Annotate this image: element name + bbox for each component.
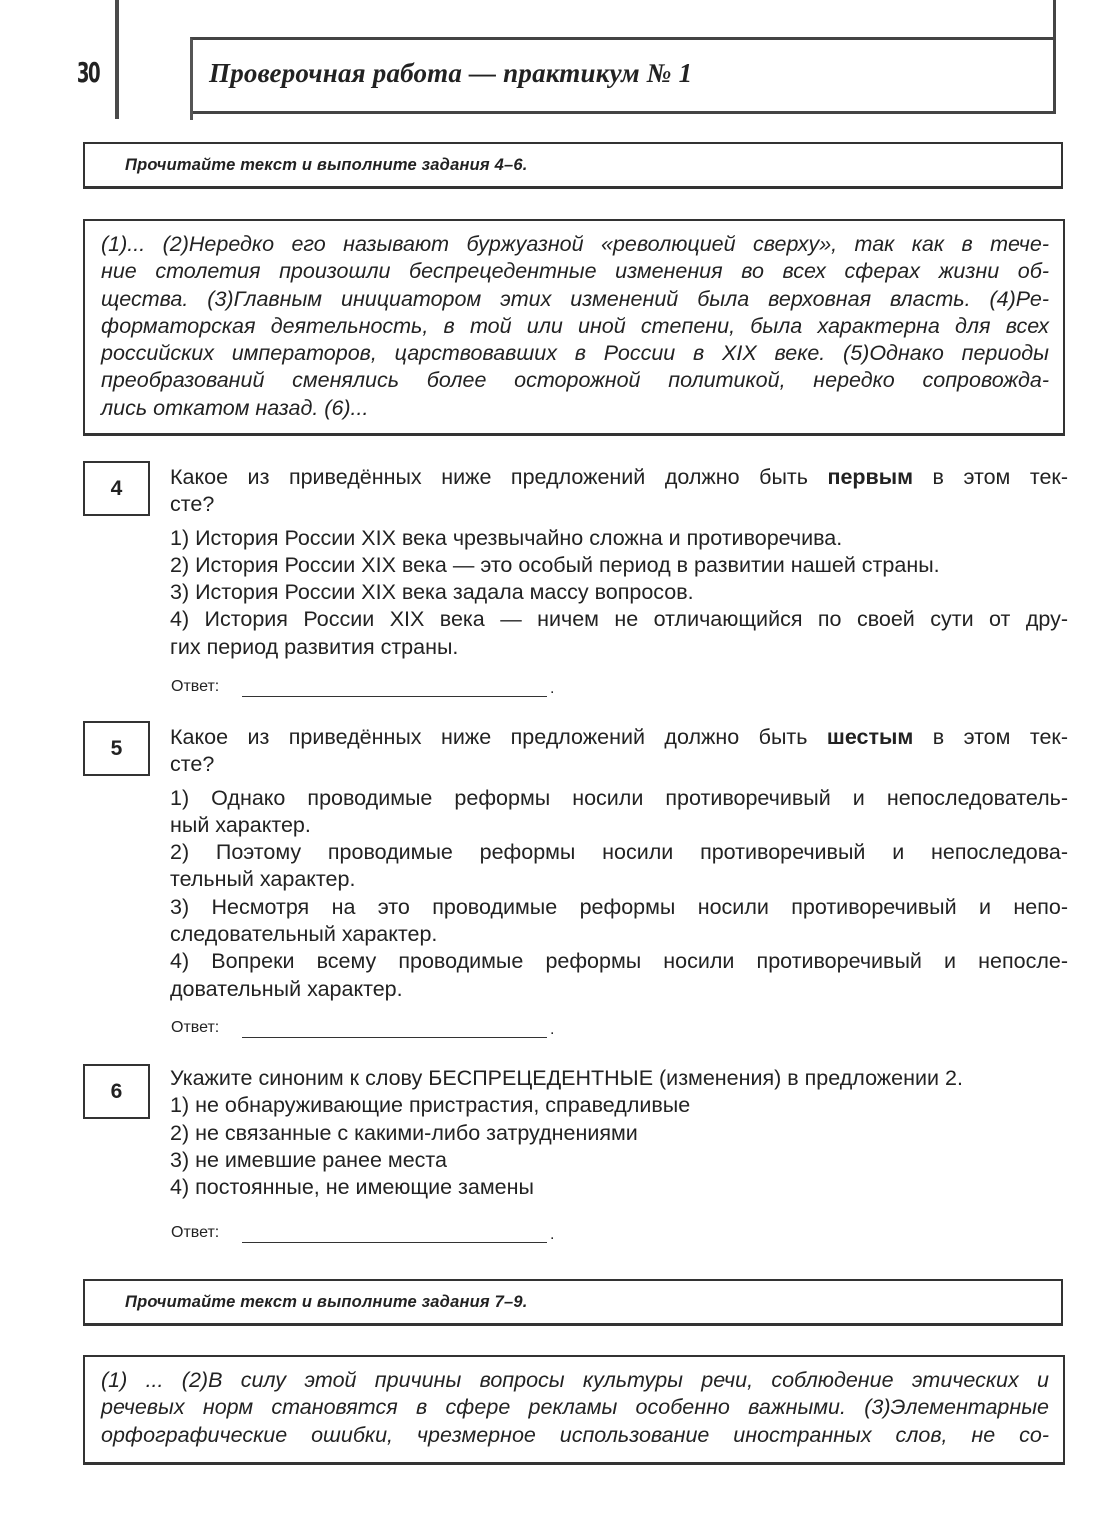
option-1: 1) не обнаруживающие пристрастия, справе… <box>170 1092 1068 1119</box>
passage-line: форматорская деятельность, в той или ино… <box>101 313 1049 340</box>
passage-box-1: (1)... (2)Нередко его называют буржуазно… <box>83 219 1065 436</box>
passage-line: щества. (3)Главным инициатором этих изме… <box>101 286 1049 313</box>
option-3-cont: следовательный характер. <box>170 921 1068 948</box>
question-prompt-cont: сте? <box>170 491 1068 518</box>
option-2-cont: тельный характер. <box>170 866 1068 893</box>
passage-line: преобразований сменялись более осторожно… <box>101 367 1049 394</box>
answer-terminator: . <box>550 1226 554 1244</box>
instruction-text: Прочитайте текст и выполните задания 7–9… <box>125 1293 528 1312</box>
question-number-6: 6 <box>83 1064 150 1119</box>
option-4-cont: довательный характер. <box>170 976 1068 1003</box>
passage-1-text: (1)... (2)Нередко его называют буржуазно… <box>101 231 1049 422</box>
passage-line: (1)... (2)Нередко его называют буржуазно… <box>101 231 1049 258</box>
prompt-text: Какое из приведённых ниже предложений до… <box>170 465 827 489</box>
answer-row-5: Ответ: . <box>171 1019 571 1041</box>
title-box: Проверочная работа — практикум № 1 <box>190 37 1056 114</box>
page-title: Проверочная работа — практикум № 1 <box>209 58 692 89</box>
option-4: 4) постоянные, не имеющие замены <box>170 1174 1068 1201</box>
answer-row-4: Ответ: . <box>171 678 571 700</box>
question-number-4: 4 <box>83 461 150 516</box>
answer-terminator: . <box>550 1021 554 1039</box>
answer-field-6[interactable] <box>242 1242 547 1243</box>
answer-label: Ответ: <box>171 1224 219 1242</box>
question-prompt-cont: сте? <box>170 751 1068 778</box>
question-6: Укажите синоним к слову БЕСПРЕЦЕДЕНТНЫЕ … <box>170 1065 1068 1201</box>
prompt-text: Какое из приведённых ниже предложений до… <box>170 725 827 749</box>
answer-terminator: . <box>550 680 554 698</box>
passage-line: речевых норм становятся в сфере рекламы … <box>101 1394 1049 1421</box>
passage-line: лись откатом назад. (6)... <box>101 395 1049 422</box>
option-1: 1) История России XIX века чрезвычайно с… <box>170 525 1068 552</box>
option-2: 2) История России XIX века — это особый … <box>170 552 1068 579</box>
page-number: 30 <box>75 56 101 89</box>
option-2: 2) Поэтому проводимые реформы носили про… <box>170 839 1068 866</box>
passage-line: российских императоров, царствовавших в … <box>101 340 1049 367</box>
instruction-text: Прочитайте текст и выполните задания 4–6… <box>125 156 528 175</box>
option-3: 3) не имевшие ранее места <box>170 1147 1068 1174</box>
option-2: 2) не связанные с какими-либо затруднени… <box>170 1120 1068 1147</box>
option-4: 4) Вопреки всему проводимые реформы носи… <box>170 948 1068 975</box>
prompt-emphasis: первым <box>827 465 913 489</box>
passage-line: ние столетия произошли беспрецедентные и… <box>101 258 1049 285</box>
question-number-5: 5 <box>83 721 150 776</box>
prompt-text: в этом тек- <box>913 725 1068 749</box>
passage-2-text: (1) ... (2)В силу этой причины вопросы к… <box>101 1367 1049 1449</box>
page-margin-rule <box>115 0 119 119</box>
option-4-cont: гих период развития страны. <box>170 634 1068 661</box>
question-prompt: Укажите синоним к слову БЕСПРЕЦЕДЕНТНЫЕ … <box>170 1065 1068 1092</box>
answer-row-6: Ответ: . <box>171 1224 571 1246</box>
option-1-cont: ный характер. <box>170 812 1068 839</box>
question-prompt: Какое из приведённых ниже предложений до… <box>170 464 1068 491</box>
answer-field-5[interactable] <box>242 1037 547 1038</box>
answer-label: Ответ: <box>171 1019 219 1037</box>
option-3: 3) История России XIX века задала массу … <box>170 579 1068 606</box>
answer-field-4[interactable] <box>242 696 547 697</box>
option-3: 3) Несмотря на это проводимые реформы но… <box>170 894 1068 921</box>
option-4: 4) История России XIX века — ничем не от… <box>170 606 1068 633</box>
instruction-box-7-9: Прочитайте текст и выполните задания 7–9… <box>83 1279 1063 1326</box>
option-1: 1) Однако проводимые реформы носили прот… <box>170 785 1068 812</box>
passage-box-2: (1) ... (2)В силу этой причины вопросы к… <box>83 1355 1065 1465</box>
passage-line: (1) ... (2)В силу этой причины вопросы к… <box>101 1367 1049 1394</box>
question-5: Какое из приведённых ниже предложений до… <box>170 724 1068 1003</box>
prompt-text: в этом тек- <box>913 465 1068 489</box>
passage-line: орфографические ошибки, чрезмерное испол… <box>101 1422 1049 1449</box>
question-4: Какое из приведённых ниже предложений до… <box>170 464 1068 661</box>
prompt-emphasis: шестым <box>827 725 913 749</box>
title-frame-left-tail <box>190 108 193 120</box>
instruction-box-4-6: Прочитайте текст и выполните задания 4–6… <box>83 142 1063 189</box>
question-prompt: Какое из приведённых ниже предложений до… <box>170 724 1068 751</box>
answer-label: Ответ: <box>171 678 219 696</box>
